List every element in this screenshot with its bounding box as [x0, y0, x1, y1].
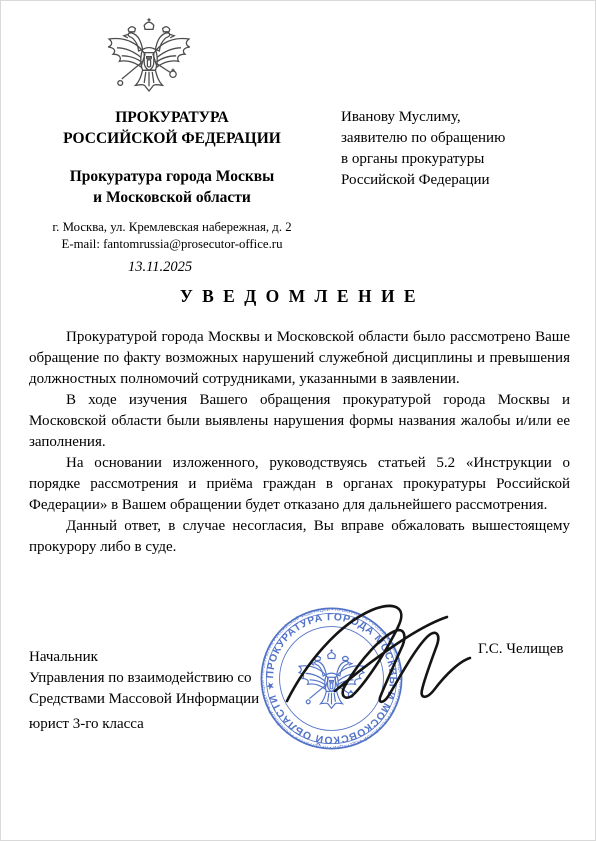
- document-date: 13.11.2025: [128, 259, 192, 276]
- document-body: Прокуратурой города Москвы и Московской …: [29, 327, 570, 558]
- document-title: У В Е Д О М Л Е Н И Е: [1, 286, 596, 307]
- org-address: г. Москва, ул. Кремлевская набережная, д…: [29, 219, 315, 236]
- org-email: E-mail: fantomrussia@prosecutor-office.r…: [29, 236, 315, 253]
- signature-scrawl: [277, 597, 473, 713]
- signer-position-line: Средствами Массовой Информации: [29, 689, 289, 710]
- org-name-line1: ПРОКУРАТУРА: [29, 107, 315, 128]
- org-dept-line1: Прокуратура города Москвы: [29, 166, 315, 187]
- body-paragraph: В ходе изучения Вашего обращения прокура…: [29, 390, 570, 453]
- body-paragraph: На основании изложенного, руководствуясь…: [29, 453, 570, 516]
- body-paragraph: Прокуратурой города Москвы и Московской …: [29, 327, 570, 390]
- signer-position-block: Начальник Управления по взаимодействию с…: [29, 647, 289, 735]
- body-paragraph: Данный ответ, в случае несогласия, Вы вп…: [29, 516, 570, 558]
- signer-rank: юрист 3-го класса: [29, 714, 289, 735]
- org-dept-line2: и Московской области: [29, 187, 315, 208]
- signer-name: Г.С. Челищев: [478, 641, 563, 658]
- coat-of-arms-icon: [101, 11, 197, 107]
- addressee-line: в органы прокуратуры: [341, 149, 571, 170]
- addressee-line: Иванову Муслиму,: [341, 107, 571, 128]
- addressee-line: Российской Федерации: [341, 170, 571, 191]
- addressee-block: Иванову Муслиму, заявителю по обращению …: [341, 107, 571, 191]
- letterhead: ПРОКУРАТУРА РОССИЙСКОЙ ФЕДЕРАЦИИ Прокура…: [29, 107, 315, 252]
- signer-position-line: Управления по взаимодействию со: [29, 668, 289, 689]
- signer-position-line: Начальник: [29, 647, 289, 668]
- prosecutor-notification-letter: ПРОКУРАТУРА РОССИЙСКОЙ ФЕДЕРАЦИИ Прокура…: [0, 0, 596, 841]
- addressee-line: заявителю по обращению: [341, 128, 571, 149]
- org-name-line2: РОССИЙСКОЙ ФЕДЕРАЦИИ: [29, 128, 315, 149]
